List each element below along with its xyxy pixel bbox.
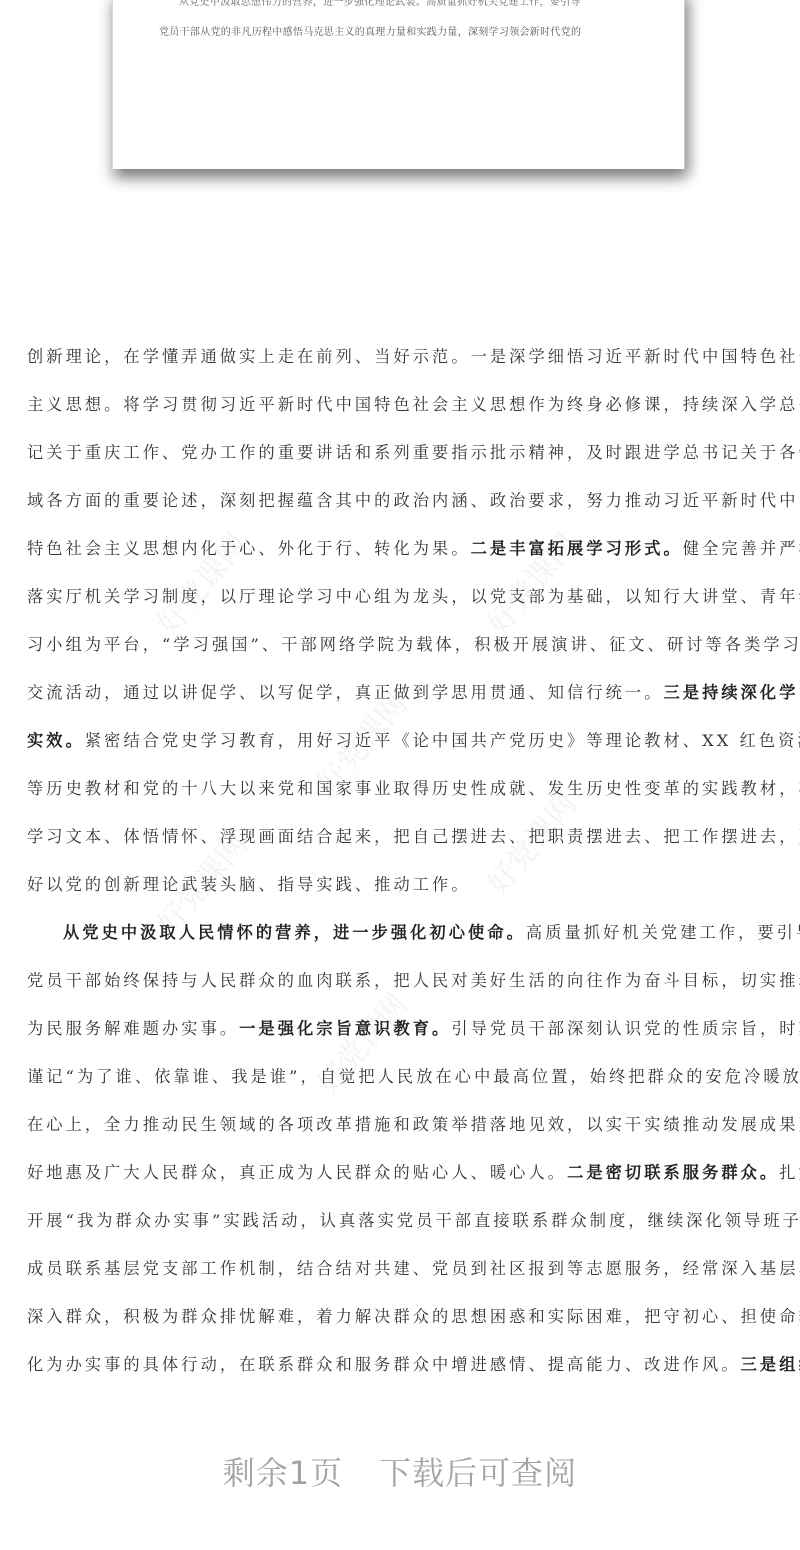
text-line: 开展“我为群众办实事”实践活动，认真落实党员干部直接联系群众制度，继续深化领导班… [27,1197,775,1245]
bold-heading-run: 三是持续深化学习 [664,683,800,702]
text-line: 特色社会主义思想内化于心、外化于行、转化为果。二是丰富拓展学习形式。健全完善并严… [27,525,775,573]
bold-heading-run: 三是组织 [741,1355,800,1374]
text-line: 深入群众，积极为群众排忧解难，着力解决群众的思想困惑和实际困难，把守初心、担使命… [27,1293,775,1341]
text-run: 紧密结合党史学习教育，用好习近平《论中国共产党历史》等理论教材、XX 红色资源 [85,731,800,750]
text-line: 谨记“为了谁、依靠谁、我是谁”，自觉把人民放在心中最高位置，始终把群众的安危冷暖… [27,1053,775,1101]
text-line: 域各方面的重要论述，深刻把握蕴含其中的政治内涵、政治要求，努力推动习近平新时代中… [27,477,775,525]
bold-heading-run: 从党史中汲取人民情怀的营养，进一步强化初心使命。 [63,923,526,942]
text-run: 开展“我为群众办实事”实践活动，认真落实党员干部直接联系群众制度，继续深化领导班… [27,1211,800,1230]
bold-heading-run: 二是密切联系服务群众。 [567,1163,779,1182]
text-line: 交流活动，通过以讲促学、以写促学，真正做到学思用贯通、知信行统一。三是持续深化学… [27,669,775,717]
text-run: 落实厅机关学习制度，以厅理论学习中心组为龙头，以党支部为基础，以知行大讲堂、青年… [27,587,800,606]
download-prompt[interactable]: 剩余1页下载后可查阅 [0,1448,800,1494]
text-line: 等历史教材和党的十八大以来党和国家事业取得历史性成就、发生历史性变革的实践教材，… [27,765,775,813]
text-run: 学习文本、体悟情怀、浮现画面结合起来，把自己摆进去、把职责摆进去、把工作摆进去，… [27,827,800,846]
text-run: 引导党员干部深刻认识党的性质宗旨，时刻 [451,1019,800,1038]
previous-page-preview: 从党史中汲取思想伟力的营养，进一步强化理论武装。高质量抓好机关党建工作，要引导 … [112,0,685,169]
bold-heading-run: 实效。 [27,731,85,750]
text-run: 在心上，全力推动民生领域的各项改革措施和政策举措落地见效，以实干实绩推动发展成果… [27,1115,800,1134]
text-run: 好地惠及广大人民群众，真正成为人民群众的贴心人、暖心人。 [27,1163,567,1182]
text-run: 等历史教材和党的十八大以来党和国家事业取得历史性成就、发生历史性变革的实践教材，… [27,779,800,798]
text-line: 好以党的创新理论武装头脑、指导实践、推动工作。 [27,861,775,909]
text-run: 习小组为平台，“学习强国”、干部网络学院为载体，积极开展演讲、征文、研讨等各类学… [27,635,800,654]
text-run: 谨记“为了谁、依靠谁、我是谁”，自觉把人民放在心中最高位置，始终把群众的安危冷暖… [27,1067,800,1086]
text-run: 扎实 [779,1163,800,1182]
text-run: 域各方面的重要论述，深刻把握蕴含其中的政治内涵、政治要求，努力推动习近平新时代中… [27,491,800,510]
text-line: 在心上，全力推动民生领域的各项改革措施和政策举措落地见效，以实干实绩推动发展成果… [27,1101,775,1149]
text-run: 特色社会主义思想内化于心、外化于行、转化为果。 [27,539,471,558]
text-line: 为民服务解难题办实事。一是强化宗旨意识教育。引导党员干部深刻认识党的性质宗旨，时… [27,1005,775,1053]
text-line: 记关于重庆工作、党办工作的重要讲话和系列重要指示批示精神，及时跟进学总书记关于各… [27,429,775,477]
text-line: 主义思想。将学习贯彻习近平新时代中国特色社会主义思想作为终身必修课，持续深入学总… [27,381,775,429]
bold-heading-run: 二是丰富拓展学习形式。 [471,539,683,558]
text-run: 健全完善并严格 [683,539,800,558]
download-hint-label: 下载后可查阅 [379,1454,577,1492]
preview-line-1: 从党史中汲取思想伟力的营养，进一步强化理论武装。高质量抓好机关党建工作，要引导 [179,0,679,8]
text-line: 学习文本、体悟情怀、浮现画面结合起来，把自己摆进去、把职责摆进去、把工作摆进去，… [27,813,775,861]
text-run: 创新理论，在学懂弄通做实上走在前列、当好示范。一是深学细悟习近平新时代中国特色社… [27,347,800,366]
text-run: 主义思想。将学习贯彻习近平新时代中国特色社会主义思想作为终身必修课，持续深入学总… [27,395,800,414]
document-body: 创新理论，在学懂弄通做实上走在前列、当好示范。一是深学细悟习近平新时代中国特色社… [27,333,775,1389]
text-run: 高质量抓好机关党建工作，要引导 [526,923,800,942]
text-line: 好地惠及广大人民群众，真正成为人民群众的贴心人、暖心人。二是密切联系服务群众。扎… [27,1149,775,1197]
text-line: 成员联系基层党支部工作机制，结合结对共建、党员到社区报到等志愿服务，经常深入基层… [27,1245,775,1293]
text-run: 党员干部始终保持与人民群众的血肉联系，把人民对美好生活的向往作为奋斗目标，切实推… [27,971,800,990]
text-run: 好以党的创新理论武装头脑、指导实践、推动工作。 [27,875,471,894]
bold-heading-run: 一是强化宗旨意识教育。 [239,1019,451,1038]
text-run: 为民服务解难题办实事。 [27,1019,239,1038]
remaining-pages-label: 剩余1页 [223,1454,343,1492]
text-run: 成员联系基层党支部工作机制，结合结对共建、党员到社区报到等志愿服务，经常深入基层… [27,1259,800,1278]
preview-line-2: 党员干部从党的非凡历程中感悟马克思主义的真理力量和实践力量，深刻学习领会新时代党… [159,23,659,38]
text-run: 化为办实事的具体行动，在联系群众和服务群众中增进感情、提高能力、改进作风。 [27,1355,741,1374]
text-run: 交流活动，通过以讲促学、以写促学，真正做到学思用贯通、知信行统一。 [27,683,664,702]
text-line: 创新理论，在学懂弄通做实上走在前列、当好示范。一是深学细悟习近平新时代中国特色社… [27,333,775,381]
text-line: 化为办实事的具体行动，在联系群众和服务群众中增进感情、提高能力、改进作风。三是组… [27,1341,775,1389]
text-line: 习小组为平台，“学习强国”、干部网络学院为载体，积极开展演讲、征文、研讨等各类学… [27,621,775,669]
text-line: 党员干部始终保持与人民群众的血肉联系，把人民对美好生活的向往作为奋斗目标，切实推… [27,957,775,1005]
text-line: 实效。紧密结合党史学习教育，用好习近平《论中国共产党历史》等理论教材、XX 红色… [27,717,775,765]
text-run: 深入群众，积极为群众排忧解难，着力解决群众的思想困惑和实际困难，把守初心、担使命… [27,1307,800,1326]
text-line: 从党史中汲取人民情怀的营养，进一步强化初心使命。高质量抓好机关党建工作，要引导 [27,909,775,957]
text-line: 落实厅机关学习制度，以厅理论学习中心组为龙头，以党支部为基础，以知行大讲堂、青年… [27,573,775,621]
text-run: 记关于重庆工作、党办工作的重要讲话和系列重要指示批示精神，及时跟进学总书记关于各… [27,443,800,462]
